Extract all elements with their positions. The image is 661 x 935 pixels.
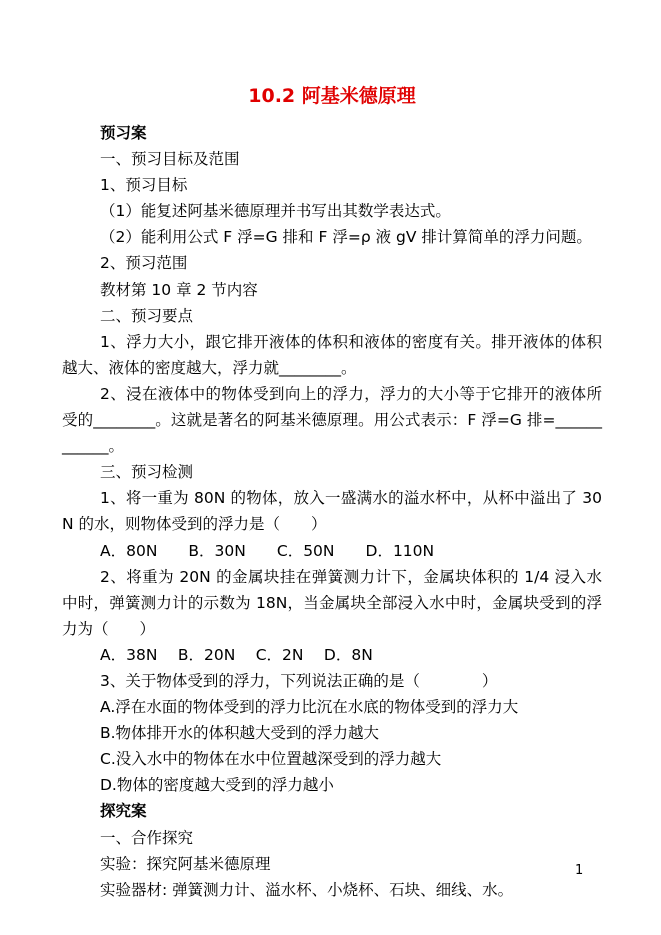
page-title: 10.2 阿基米德原理 [62,84,602,108]
paragraph: 1、预习目标 [62,172,602,198]
paragraph: C.没入水中的物体在水中位置越深受到的浮力越大 [62,746,602,772]
document-page: 10.2 阿基米德原理 预习案一、预习目标及范围1、预习目标（1）能复述阿基米德… [0,0,661,935]
paragraph: 1、浮力大小，跟它排开液体的体积和液体的密度有关。排开液体的体积越大、液体的密度… [62,329,602,381]
paragraph: D.物体的密度越大受到的浮力越小 [62,772,602,798]
paragraph: （2）能利用公式 F 浮=G 排和 F 浮=ρ 液 gV 排计算简单的浮力问题。 [62,224,602,250]
paragraph: 2、将重为 20N 的金属块挂在弹簧测力计下，金属块体积的 1/4 浸入水中时，… [62,564,602,642]
paragraph: 2、预习范围 [62,250,602,276]
document-content: 10.2 阿基米德原理 预习案一、预习目标及范围1、预习目标（1）能复述阿基米德… [62,84,602,903]
paragraph: 实验：探究阿基米德原理 [62,851,602,877]
paragraph: A．80N B．30N C．50N D．110N [62,538,602,564]
paragraph: 教材第 10 章 2 节内容 [62,277,602,303]
paragraph: 1、将一重为 80N 的物体，放入一盛满水的溢水杯中，从杯中溢出了 30N 的水… [62,485,602,537]
paragraph: 一、合作探究 [62,825,602,851]
paragraph-list: 预习案一、预习目标及范围1、预习目标（1）能复述阿基米德原理并书写出其数学表达式… [62,120,602,903]
paragraph: 2、浸在液体中的物体受到向上的浮力，浮力的大小等于它排开的液体所受的______… [62,381,602,459]
section-heading: 预习案 [62,120,602,146]
paragraph: B.物体排开水的体积越大受到的浮力越大 [62,720,602,746]
paragraph: A.浮在水面的物体受到的浮力比沉在水底的物体受到的浮力大 [62,694,602,720]
paragraph: 二、预习要点 [62,303,602,329]
paragraph: 一、预习目标及范围 [62,146,602,172]
paragraph: 3、关于物体受到的浮力，下列说法正确的是（ ） [62,668,602,694]
paragraph: 实验器材: 弹簧测力计、溢水杯、小烧杯、石块、细线、水。 [62,877,602,903]
paragraph: 三、预习检测 [62,459,602,485]
section-heading: 探究案 [62,798,602,824]
paragraph: A．38N B．20N C．2N D．8N [62,642,602,668]
paragraph: （1）能复述阿基米德原理并书写出其数学表达式。 [62,198,602,224]
page-number: 1 [575,863,583,879]
